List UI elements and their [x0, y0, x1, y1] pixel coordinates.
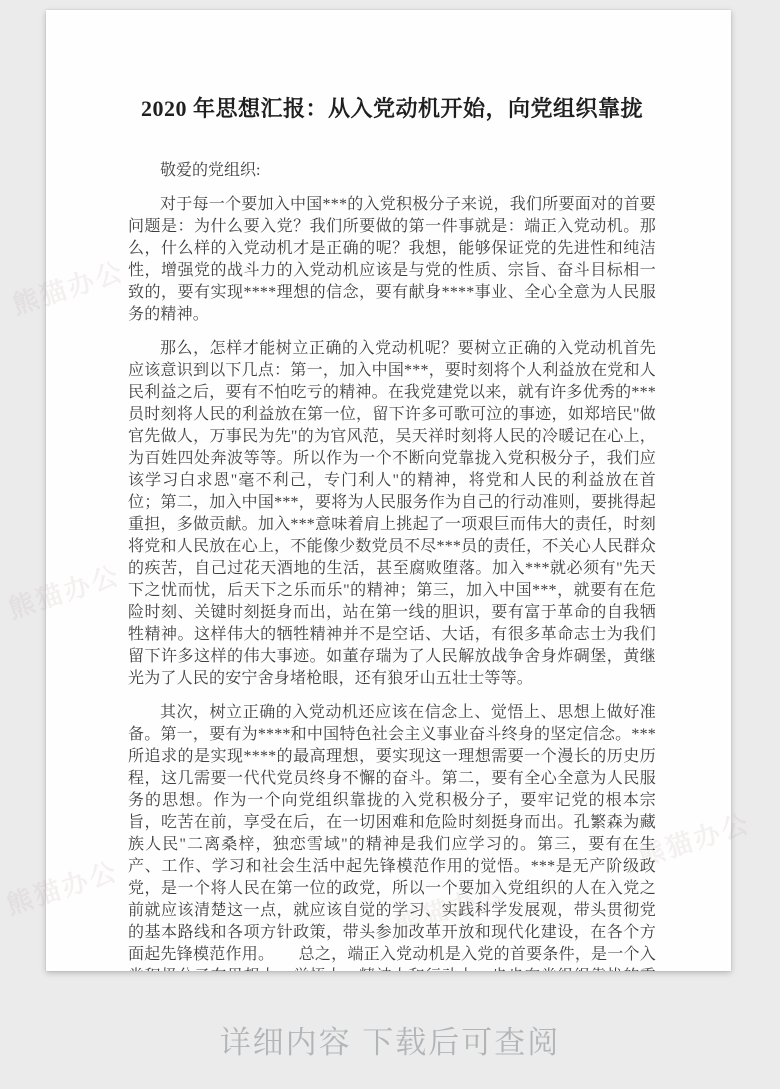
download-hint-text: 详细内容 下载后可查阅 [220, 1017, 561, 1062]
body-paragraph-1: 对于每一个要加入中国***的入党积极分子来说，我们所要面对的首要问题是：为什么要… [128, 194, 656, 326]
footer-band: 详细内容 下载后可查阅 [0, 971, 780, 1089]
document-preview: 2020 年思想汇报：从入党动机开始，向党组织靠拢 敬爱的党组织: 对于每一个要… [0, 0, 780, 1089]
body-paragraph-2: 那么，怎样才能树立正确的入党动机呢？要树立正确的入党动机首先应该意识到以下几点：… [128, 338, 656, 690]
body-paragraph-3: 其次，树立正确的入党动机还应该在信念上、觉悟上、思想上做好准备。第一，要有为**… [128, 702, 656, 971]
document-page: 2020 年思想汇报：从入党动机开始，向党组织靠拢 敬爱的党组织: 对于每一个要… [46, 10, 731, 971]
salutation-line: 敬爱的党组织: [128, 160, 656, 182]
document-title: 2020 年思想汇报：从入党动机开始，向党组织靠拢 [128, 94, 656, 124]
